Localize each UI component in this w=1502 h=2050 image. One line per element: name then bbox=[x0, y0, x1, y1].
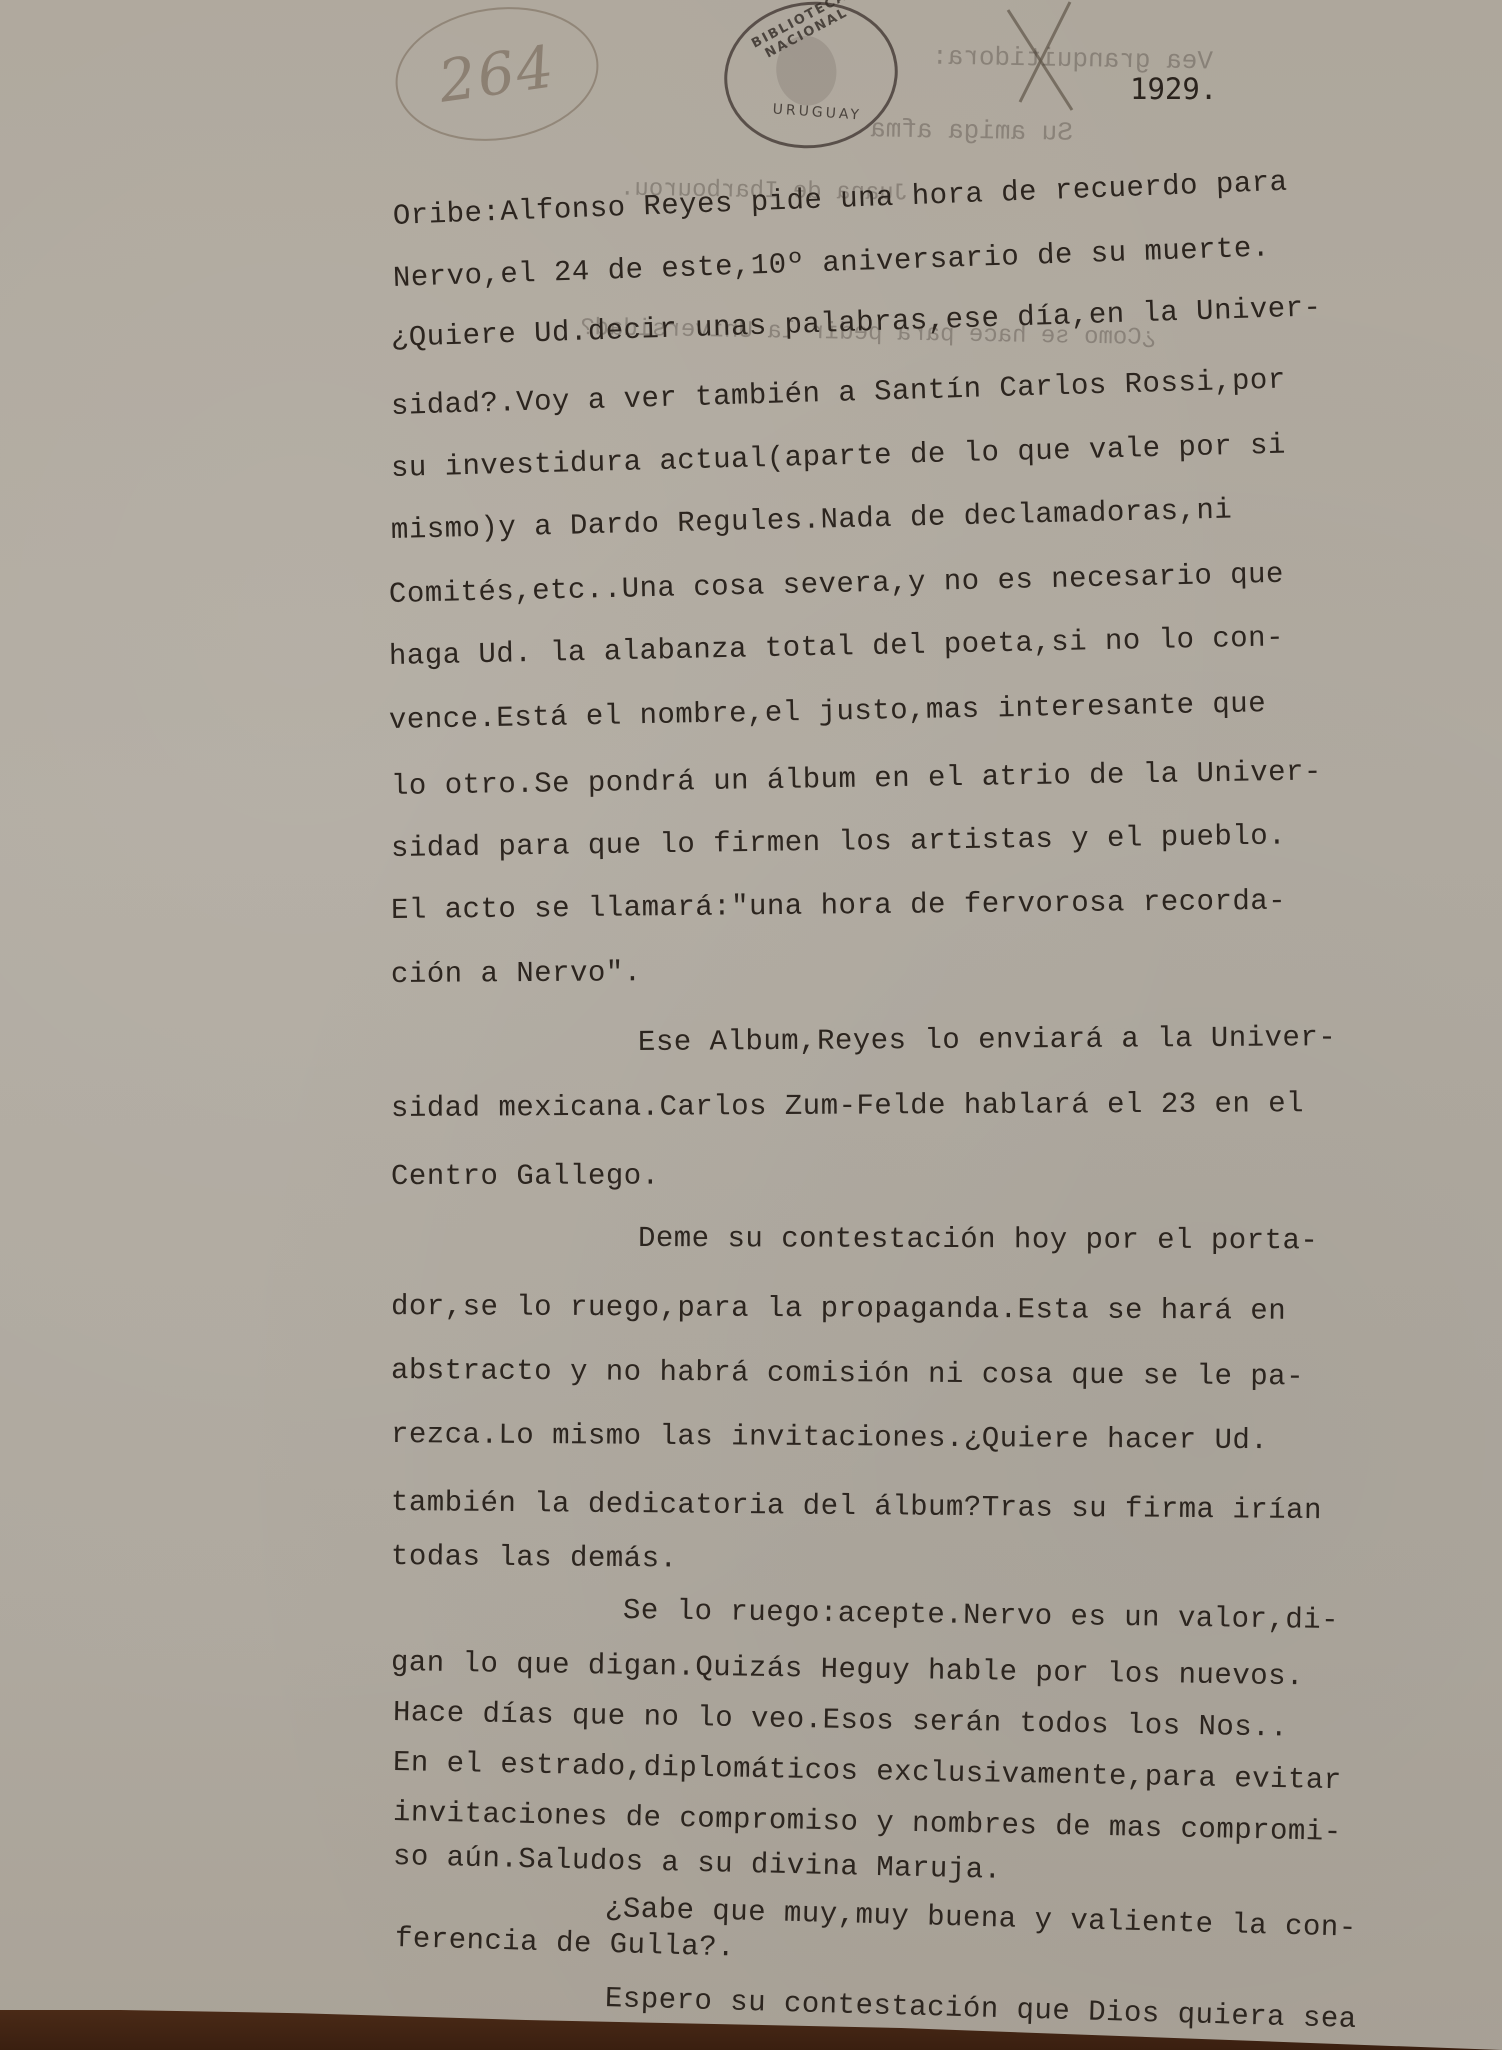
letter-line: también la dedicatoria del álbum?Tras su… bbox=[391, 1486, 1322, 1527]
letter-line: vence.Está el nombre,el justo,mas intere… bbox=[389, 687, 1267, 737]
letter-line: ferencia de Gulla?. bbox=[395, 1922, 736, 1964]
letter-line: ción a Nervo". bbox=[391, 956, 642, 991]
letter-line: Deme su contestación hoy por el porta- bbox=[638, 1222, 1318, 1257]
letter-line: invitaciones de compromiso y nombres de … bbox=[393, 1796, 1342, 1849]
letter-line: Nervo,el 24 de este,10º aniversario de s… bbox=[392, 231, 1270, 295]
letter-line: sidad para que lo firmen los artistas y … bbox=[391, 820, 1287, 865]
letter-line: Centro Gallego. bbox=[391, 1160, 660, 1193]
letter-line: abstracto y no habrá comisión ni cosa qu… bbox=[391, 1354, 1304, 1393]
letter-line: Oribe:Alfonso Reyes pide una hora de rec… bbox=[392, 166, 1288, 233]
letter-body: Oribe:Alfonso Reyes pide una hora de rec… bbox=[0, 0, 1502, 2050]
letter-line: dor,se lo ruego,para la propaganda.Esta … bbox=[391, 1290, 1286, 1328]
letter-line: Se lo ruego:acepte.Nervo es un valor,di- bbox=[623, 1594, 1340, 1637]
letter-line: En el estrado,diplomáticos exclusivament… bbox=[393, 1746, 1342, 1797]
letter-line: gan lo que digan.Quizás Heguy hable por … bbox=[391, 1646, 1304, 1693]
letter-line: lo otro.Se pondrá un álbum en el atrio d… bbox=[391, 755, 1322, 803]
letter-line: El acto se llamará:"una hora de fervoros… bbox=[391, 885, 1286, 927]
letter-line: rezca.Lo mismo las invitaciones.¿Quiere … bbox=[391, 1418, 1268, 1457]
letter-line: Hace días que no lo veo.Esos serán todos… bbox=[393, 1696, 1289, 1745]
letter-line: sidad?.Voy a ver también a Santín Carlos… bbox=[391, 363, 1287, 423]
letter-line: haga Ud. la alabanza total del poeta,si … bbox=[389, 621, 1285, 673]
letter-line: so aún.Saludos a su divina Maruja. bbox=[393, 1840, 1002, 1887]
letter-line: su investidura actual(aparte de lo que v… bbox=[391, 429, 1287, 485]
letter-line: ¿Quiere Ud.decir unas palabras,ese día,e… bbox=[390, 291, 1322, 355]
letter-line: todas las demás. bbox=[391, 1540, 678, 1575]
letter-line: mismo)y a Dardo Regules.Nada de declamad… bbox=[391, 493, 1233, 547]
letter-line: Ese Album,Reyes lo enviará a la Univer- bbox=[638, 1021, 1336, 1059]
letter-line: Comités,etc..Una cosa severa,y no es nec… bbox=[389, 558, 1285, 611]
letter-line: sidad mexicana.Carlos Zum-Felde hablará … bbox=[391, 1087, 1304, 1125]
